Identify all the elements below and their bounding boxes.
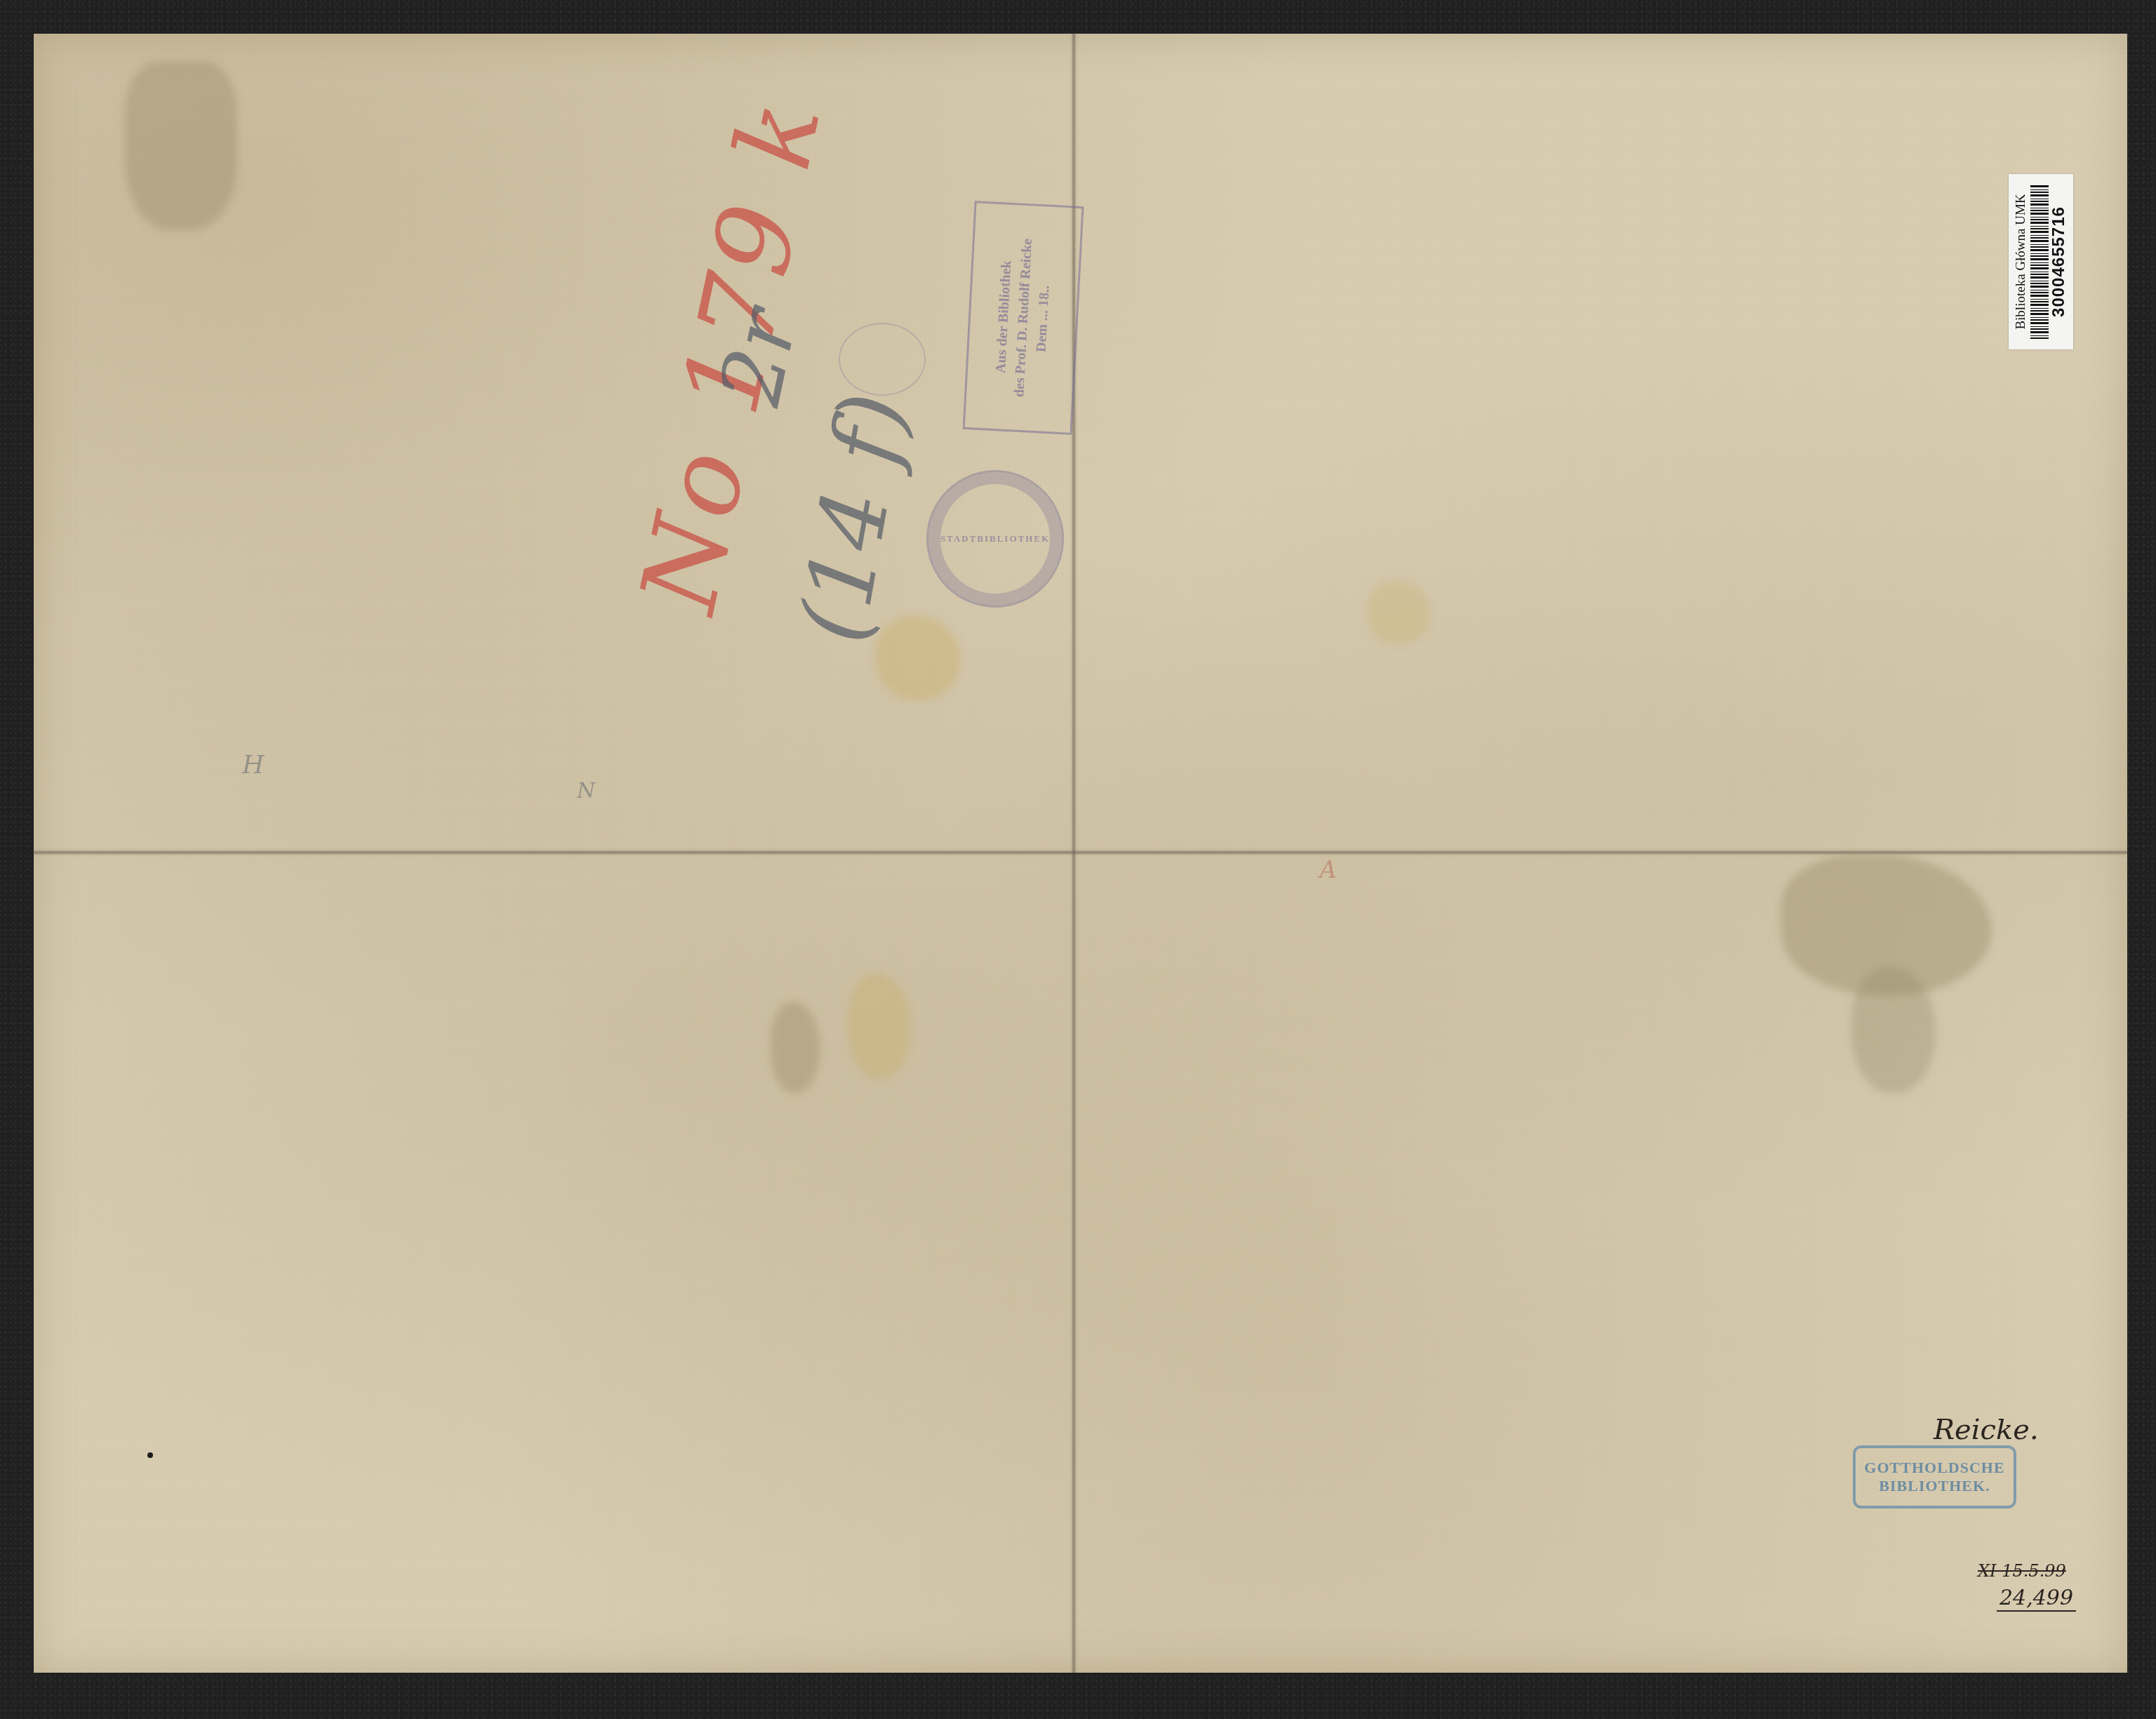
provenance-stamp: Aus der Bibliothek des Prof. D. Rudolf R… (963, 201, 1084, 435)
horizontal-fold-line (34, 851, 2127, 854)
pencil-mark: N (577, 779, 595, 803)
linen-map-reverse (34, 34, 2127, 1673)
pencil-annotation: 2r (702, 301, 817, 413)
barcode-icon (2030, 185, 2049, 339)
red-mark: A (1319, 856, 1337, 884)
ink-dot (147, 1452, 153, 1458)
reference-number: 24,499 (1997, 1586, 2076, 1612)
owner-signature: Reicke. (1934, 1414, 2039, 1446)
round-seal-text: STADTBIBLIOTHEK (929, 533, 1062, 544)
gotha-stamp-line: BIBLIOTHEK. (1879, 1477, 1990, 1495)
faint-stamp-impression (839, 323, 926, 396)
foxing-stain (848, 974, 911, 1079)
barcode-institution: Biblioteka Główna UMK (2014, 194, 2029, 329)
foxing-stain (876, 616, 960, 700)
gotha-library-stamp: GOTTHOLDSCHE BIBLIOTHEK. (1853, 1445, 2016, 1509)
foxing-stain (1367, 581, 1430, 644)
round-seal-stamp: STADTBIBLIOTHEK (926, 470, 1064, 608)
library-barcode-label: Biblioteka Główna UMK 30004655716 (2009, 174, 2073, 349)
water-stain-top-left (125, 62, 237, 230)
barcode-number: 30004655716 (2050, 206, 2068, 317)
foxing-stain (771, 1002, 820, 1093)
pencil-mark: H (242, 751, 264, 780)
struck-reference-number: XI 15.5.99 (1978, 1561, 2066, 1581)
gotha-stamp-line: GOTTHOLDSCHE (1864, 1459, 2004, 1477)
